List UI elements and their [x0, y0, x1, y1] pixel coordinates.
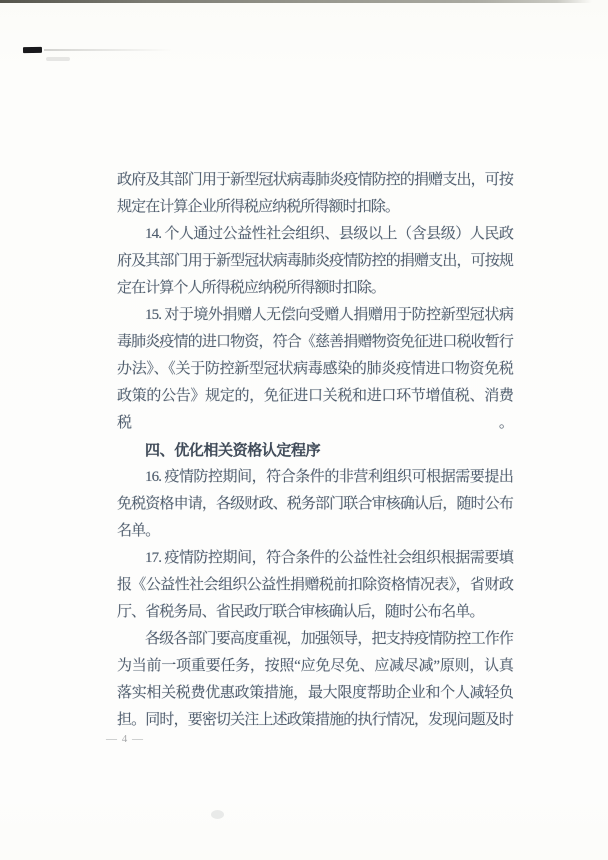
text-line: 各级各部门要高度重视，加强领导，把支持疫情防控工作作: [117, 626, 513, 653]
text-line: 为当前一项重要任务，按照“应免尽免、应减尽减”原则，认真: [117, 653, 513, 680]
text-line: 14. 个人通过公益性社会组织、县级以上（含县级）人民政: [117, 221, 513, 248]
text-line: 定在计算个人所得税应纳税所得额时扣除。: [117, 275, 513, 302]
text-line: 担。同时，要密切关注上述政策措施的执行情况，发现问题及时: [117, 707, 513, 734]
page-number: — 4 —: [106, 733, 144, 745]
scanned-page: 政府及其部门用于新型冠状病毒肺炎疫情防控的捐赠支出，可按 规定在计算企业所得税应…: [0, 0, 608, 860]
text-line: 政府及其部门用于新型冠状病毒肺炎疫情防控的捐赠支出，可按: [117, 167, 513, 194]
text-line: 17. 疫情防控期间，符合条件的公益性社会组织根据需要填: [117, 545, 513, 572]
text-line: 府及其部门用于新型冠状病毒肺炎疫情防控的捐赠支出，可按规: [117, 248, 513, 275]
text-line: 毒肺炎疫情的进口物资，符合《慈善捐赠物资免征进口税收暂行: [117, 329, 513, 356]
text-line: 16. 疫情防控期间，符合条件的非营利组织可根据需要提出: [117, 464, 513, 491]
scan-smudge: [46, 57, 70, 61]
text-line: 报《公益性社会组织公益性捐赠税前扣除资格情况表》，省财政: [117, 572, 513, 599]
scan-speck: [211, 810, 224, 819]
text-line: 落实相关税费优惠政策措施，最大限度帮助企业和个人减轻负: [117, 680, 513, 707]
text-line: 规定在计算企业所得税应纳税所得额时扣除。: [117, 194, 513, 221]
body-text: 政府及其部门用于新型冠状病毒肺炎疫情防控的捐赠支出，可按 规定在计算企业所得税应…: [117, 167, 513, 734]
text-line: 厅、省税务局、省民政厅联合审核确认后，随时公布名单。: [117, 599, 513, 626]
section-heading: 四、优化相关资格认定程序: [117, 437, 513, 464]
text-line: 免税资格申请，各级财政、税务部门联合审核确认后，随时公布: [117, 491, 513, 518]
text-line: 办法》、《关于防控新型冠状病毒感染的肺炎疫情进口物资免税: [117, 356, 513, 383]
text-line: 15. 对于境外捐赠人无偿向受赠人捐赠用于防控新型冠状病: [117, 302, 513, 329]
scan-smudge: [44, 49, 174, 51]
redaction-mark: [23, 47, 42, 53]
text-line: 政策的公告》规定的，免征进口关税和进口环节增值税、消费税。: [117, 383, 513, 437]
scan-edge-artifact: [0, 0, 592, 3]
text-line: 名单。: [117, 518, 513, 545]
